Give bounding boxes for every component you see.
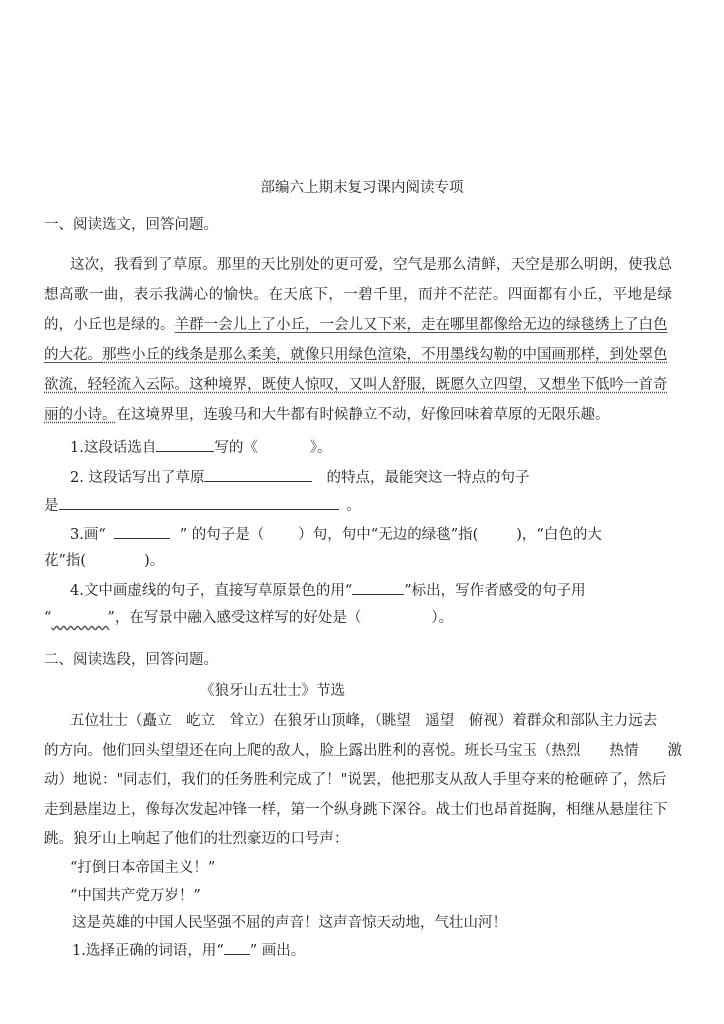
passage1-line-3: 的，小丘也是绿的。羊群一会儿上了小丘，一会儿又下来，走在哪里都像给无边的绿毯绣上…	[44, 315, 668, 335]
answer-blank-wavy[interactable]: ​	[51, 608, 107, 622]
question-text: “	[44, 610, 51, 626]
passage2-slogan-1: “打倒日本帝国主义！”	[70, 858, 215, 878]
passage2-line-1: 五位壮士（矗立 屹立 耸立）在狼牙山顶峰，（眺望 遥望 俯视）着群众和部队主力远…	[70, 711, 657, 731]
solid-underlined-sentence: 羊群一会儿上了小丘，一会儿又下来，走在哪里都像给无边的绿毯绣上了白色	[175, 317, 668, 333]
question-text: 3.画“	[70, 527, 106, 543]
passage2-line-4: 走到悬崖边上，像每次发起冲锋一样，第一个纵身跳下深谷。战士们也昂首挺胸，相继从悬…	[44, 800, 668, 820]
question-text: 。	[347, 498, 362, 514]
section2-heading: 二、阅读选段，回答问题。	[44, 650, 218, 670]
question-text: )，“白色的大	[516, 527, 602, 543]
solid-underlined-sentence-end: 的大花。	[44, 347, 102, 363]
question-text: 写的《	[214, 440, 258, 456]
question-text: 1.这段话选自	[70, 440, 156, 456]
passage2-line-5: 跳。狼牙山上响起了他们的壮烈豪迈的口号声：	[44, 829, 349, 849]
question-text: ” 的句子是（	[180, 527, 265, 543]
question-text: ” 画出。	[250, 943, 306, 959]
passage1-line-2: 想高歌一曲，表示我满心的愉快。在天底下，一碧千里，而并不茫茫。四面都有小丘，平地…	[44, 285, 672, 305]
plain-text: 在这境界里，连骏马和大牛都有时候静立不动，好像回味着草原的无限乐趣。	[117, 407, 610, 423]
question-text: 花”指(	[44, 553, 86, 569]
passage1-line-5: 欲流，轻轻流入云际。这种境界，既使人惊叹，又叫人舒服，既愿久立四望，又想坐下低吟…	[44, 375, 668, 395]
answer-blank[interactable]	[156, 437, 214, 452]
question-1-4: 4.文中画虚线的句子，直接写草原景色的用“”标出，写作者感受的句子用	[70, 580, 586, 601]
answer-blank-solid[interactable]	[352, 580, 404, 595]
question-1-2: 2. 这段话写出了草原的特点，最能突这一特点的句子	[70, 467, 529, 488]
question-text: 》。	[310, 440, 332, 456]
question-1-4-cont: “​ ”，在写景中融入感受这样写的好处是（）。	[44, 608, 453, 628]
question-text: ）。	[431, 610, 453, 626]
question-1-3-cont: 花”指()。	[44, 551, 164, 571]
passage2-line-8: 这是英雄的中国人民坚强不屈的声音！这声音惊天动地，气壮山河！	[72, 913, 507, 933]
dotted-underlined-sentence: 欲流，轻轻流入云际。这种境界，既使人惊叹，又叫人舒服，既愿久立四望，又想坐下低吟…	[44, 377, 668, 393]
passage2-slogan-2: “中国共产党万岁！”	[70, 886, 201, 906]
answer-blank[interactable]	[114, 524, 170, 539]
passage1-line-4: 的大花。那些小丘的线条是那么柔美，就像只用绿色渲染，不用墨线勾勒的中国画那样，到…	[44, 345, 668, 365]
answer-blank[interactable]	[224, 940, 250, 955]
passage1-line-1: 这次，我看到了草原。那里的天比别处的更可爱，空气是那么清鲜，天空是那么明朗，使我…	[70, 255, 672, 275]
question-text: 是	[44, 498, 59, 514]
plain-text: 的，小丘也是绿的。	[44, 317, 175, 333]
question-1-3: 3.画“” 的句子是（）句，句中“无边的绿毯”指()，“白色的大	[70, 524, 602, 545]
question-text: 1.选择正确的词语，用“	[72, 943, 224, 959]
question-text: 4.文中画虚线的句子，直接写草原景色的用“	[70, 583, 352, 599]
passage1-line-6: 丽的小诗。在这境界里，连骏马和大牛都有时候静立不动，好像回味着草原的无限乐趣。	[44, 405, 610, 425]
question-1-1: 1.这段话选自写的《》。	[70, 437, 332, 458]
question-1-2-cont: 是。	[44, 495, 361, 516]
question-text: 2. 这段话写出了草原	[70, 470, 204, 486]
answer-blank[interactable]	[204, 467, 312, 482]
question-2-1: 1.选择正确的词语，用“” 画出。	[72, 940, 305, 961]
question-text: )。	[144, 553, 164, 569]
question-text: 的特点，最能突这一特点的句子	[326, 470, 529, 486]
passage2-line-3: 动）地说："同志们，我们的任务胜利完成了！"说罢，他把那支从敌人手里夺来的枪砸碎…	[44, 770, 666, 790]
document-title: 部编六上期末复习课内阅读专项	[0, 176, 724, 197]
question-text: ”标出，写作者感受的句子用	[404, 583, 585, 599]
question-text: ）句，句中“无边的绿毯”指(	[298, 527, 478, 543]
answer-blank[interactable]	[59, 495, 339, 510]
passage2-subtitle: 《狼牙山五壮士》节选	[200, 681, 345, 701]
question-text: ”，在写景中融入感受这样写的好处是（	[107, 610, 361, 626]
section1-heading: 一、阅读选文，回答问题。	[44, 215, 218, 235]
dotted-underlined-sentence-end: 丽的小诗。	[44, 407, 117, 423]
dotted-underlined-sentence: 那些小丘的线条是那么柔美，就像只用绿色渲染，不用墨线勾勒的中国画那样，到处翠色	[102, 347, 668, 363]
passage2-line-2: 的方向。他们回头望望还在向上爬的敌人，脸上露出胜利的喜悦。班长马宝玉（热烈 热情…	[44, 741, 682, 761]
